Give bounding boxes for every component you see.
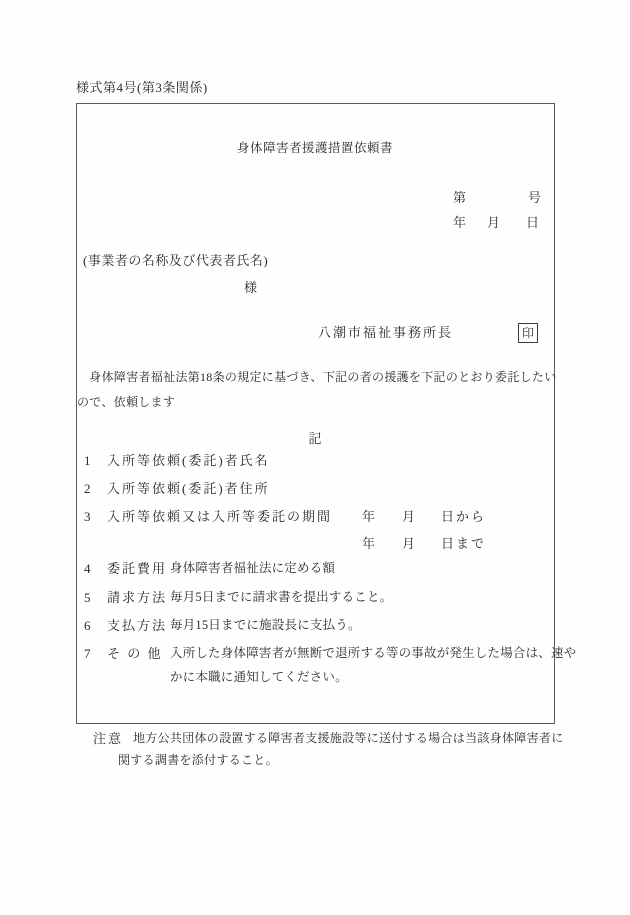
item-3-label: 入所等依頼又は入所等委託の期間	[107, 508, 332, 525]
item-2-number: 2	[84, 480, 93, 497]
date-year-label: 年	[453, 214, 468, 231]
item-6-number: 6	[84, 617, 93, 634]
item-6-label: 支払方法	[107, 617, 167, 634]
body-paragraph-line-1: 身体障害者福祉法第18条の規定に基づき、下記の者の援護を下記のとおり委託したい	[77, 369, 557, 386]
item-1-number: 1	[84, 452, 93, 469]
body-paragraph-line-2: ので、依頼します	[77, 394, 175, 411]
item-2-label: 入所等依頼(委託)者住所	[107, 480, 270, 497]
doc-number-suffix: 号	[528, 189, 543, 206]
item-5-description: 毎月5日までに請求書を提出すること。	[170, 589, 392, 606]
period-to-month-label: 月	[402, 535, 417, 552]
item-7-label: そ の 他	[107, 645, 163, 662]
item-4-description: 身体障害者福祉法に定める額	[170, 560, 335, 577]
addressee-honorific: 様	[244, 279, 259, 296]
note-label: 注意	[93, 730, 123, 747]
form-style-label: 様式第4号(第3条関係)	[76, 79, 208, 96]
form-title: 身体障害者援護措置依頼書	[76, 140, 554, 157]
item-5-number: 5	[84, 589, 93, 606]
list-heading: 記	[76, 430, 554, 447]
period-from-month-label: 月	[402, 508, 417, 525]
period-to-year-label: 年	[362, 535, 377, 552]
item-1-label: 入所等依頼(委託)者氏名	[107, 452, 270, 469]
item-4-label: 委託費用	[107, 560, 167, 577]
issuer-name: 八潮市福祉事務所長	[318, 324, 453, 341]
period-from-day-label: 日から	[441, 508, 486, 525]
addressee-caption: (事業者の名称及び代表者氏名)	[83, 252, 268, 269]
item-7-number: 7	[84, 645, 93, 662]
date-day-label: 日	[526, 214, 541, 231]
seal-placeholder: 印	[518, 323, 538, 343]
note-line-1: 地方公共団体の設置する障害者支援施設等に送付する場合は当該身体障害者に	[133, 730, 564, 747]
item-7-description-line-1: 入所した身体障害者が無断で退所する等の事故が発生した場合は、速や	[170, 645, 576, 662]
period-from-year-label: 年	[362, 508, 377, 525]
item-3-number: 3	[84, 508, 93, 525]
document-page: 様式第4号(第3条関係) 身体障害者援護措置依頼書 第 号 年 月 日 (事業者…	[0, 0, 630, 915]
note-line-2: 関する調書を添付すること。	[118, 752, 278, 769]
period-to-day-label: 日まで	[441, 535, 486, 552]
date-month-label: 月	[487, 214, 502, 231]
item-6-description: 毎月15日までに施設長に支払う。	[170, 617, 361, 634]
item-4-number: 4	[84, 560, 93, 577]
doc-number-prefix: 第	[453, 189, 468, 206]
item-5-label: 請求方法	[107, 589, 167, 606]
item-7-description-line-2: かに本職に通知してください。	[170, 669, 348, 686]
